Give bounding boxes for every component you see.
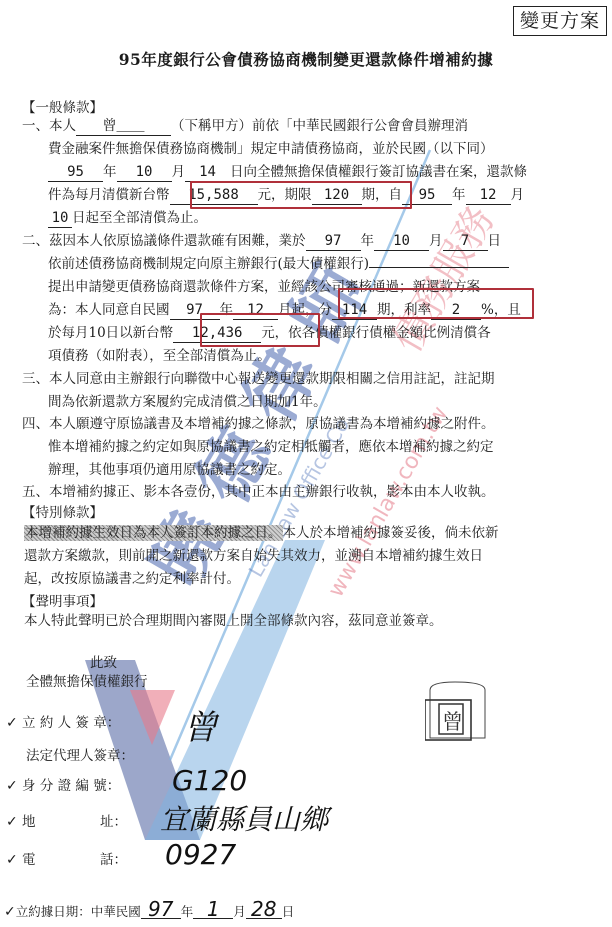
agent-label: 法定代理人簽章： <box>26 748 134 764</box>
phone-label-a: 電 <box>22 852 36 868</box>
special-terms-line-2: 還款方案繳款，則前開之新還款方案自始失其效力，並溯自本增補約據生效日 <box>24 546 483 566</box>
clause-4-line-2: 惟本增補約據之約定如與原協議書之約定相牴觸者，應依本增補約據之約定 <box>48 437 494 457</box>
signer-signature: 曾 <box>183 700 217 749</box>
original-sign-day: 14 <box>185 163 230 182</box>
clause-4-line-1: 四、本人願遵守原協議書及本增補約據之條款，原協議書為本增補約據之附件。 <box>22 414 495 434</box>
address-label-b: 址： <box>100 812 127 832</box>
highlight-box-new-amount <box>200 313 320 347</box>
closing-salutation: 此致 <box>90 653 117 673</box>
address-value: 宜蘭縣員山鄉 <box>160 798 328 838</box>
seal-character: 曾 <box>442 706 463 736</box>
clause-1-line-2: 費金融案件無擔保債務協商機制」規定申請債務協商，並於民國（以下同） <box>48 139 494 159</box>
document-title: 95年度銀行公會債務協商機制變更還款條件增補約據 <box>0 48 612 70</box>
original-sign-year: 95 <box>48 163 103 182</box>
clause-1-line-1: 一、本人曾＿＿（下稱甲方）前依「中華民國銀行公會會員辦理消 <box>22 116 468 136</box>
phone-value: 0927 <box>165 838 236 871</box>
check-mark-icon: ✓ <box>6 778 18 794</box>
original-start-month: 12 <box>466 186 511 205</box>
original-sign-month: 10 <box>117 163 172 182</box>
id-number-value: G120 <box>172 764 247 797</box>
declaration-text: 本人特此聲明已於合理期間內審閱上開全部條款內容，茲同意並簽章。 <box>24 611 443 631</box>
general-terms-heading: 【一般條款】 <box>22 96 103 116</box>
special-terms-heading: 【特別條款】 <box>22 501 103 521</box>
clause-number: 一、 <box>22 118 49 134</box>
original-start-day: 10 <box>48 209 72 228</box>
highlight-box-new-periods-rate <box>338 288 534 319</box>
id-row: ✓ 身 分 證 編 號： <box>6 776 120 796</box>
date-label: 立約據日期：中華民國 <box>16 904 141 919</box>
clause-1-line-5: 10日起至全部清償為止。 <box>48 208 207 228</box>
date-year: 97 <box>141 900 181 919</box>
phone-row: ✓ 電 <box>6 850 36 870</box>
check-mark-icon: ✓ <box>6 852 18 868</box>
apply-day: 7 <box>443 232 488 251</box>
agent-row: 法定代理人簽章： <box>26 746 134 766</box>
lead-bank-field <box>369 267 509 268</box>
clause-3-line-2: 間為依新還款方案履約完成清償之日期加1年。 <box>48 392 327 412</box>
variant-stamp-label: 變更方案 <box>513 6 607 36</box>
check-mark-icon: ✓ <box>6 715 18 731</box>
date-month: 1 <box>193 900 233 919</box>
clause-4-line-3: 辦理，其他事項仍適用原協議書之約定。 <box>48 460 291 480</box>
apply-month: 10 <box>374 232 429 251</box>
clause-5-line-1: 五、本增補約據正、影本各壹份，其中正本由主辦銀行收執，影本由本人收執。 <box>22 482 495 502</box>
declaration-heading: 【聲明事項】 <box>22 590 103 610</box>
personal-seal: 曾 <box>425 680 489 742</box>
clause-2-line-2: 依前述債務協商機制規定向原主辦銀行(最大債權銀行) <box>48 254 509 274</box>
agreement-date-row: ✓立約據日期：中華民國97年1月28日 <box>4 900 294 922</box>
highlight-box-original-terms <box>190 181 412 209</box>
clause-2-line-1: 二、茲因本人依原協議條件還款確有困難，業於97年10月7日 <box>22 231 501 251</box>
party-name-field: 曾＿＿ <box>76 117 171 136</box>
clause-3-line-1: 三、本人同意由主辦銀行向聯徵中心報送變更還款期限相關之信用註記，註記期 <box>22 369 495 389</box>
signer-row: ✓ 立 約 人 簽 章： <box>6 713 120 733</box>
apply-year: 97 <box>306 232 361 251</box>
check-mark-icon: ✓ <box>6 814 18 830</box>
special-terms-line-3: 起，改按原協議書之約定利率計付。 <box>24 569 240 589</box>
closing-recipient: 全體無擔保債權銀行 <box>26 672 148 692</box>
id-label: 身 分 證 編 號： <box>22 778 120 794</box>
shaded-effective-date-clause: 本增補約據生效日為本人簽訂本約據之日。 <box>24 525 283 541</box>
special-terms-line-1: 本增補約據生效日為本人簽訂本約據之日。本人於本增補約據簽妥後，倘未依新 <box>24 523 499 543</box>
phone-label-b: 話： <box>100 850 127 870</box>
date-day: 28 <box>246 900 282 919</box>
address-row: ✓ 地 <box>6 812 36 832</box>
clause-1-line-3: 95年10月14日向全體無擔保債權銀行簽訂協議書在案，還款條 <box>48 162 527 182</box>
signer-label: 立 約 人 簽 章： <box>22 715 120 731</box>
check-mark-icon: ✓ <box>4 904 16 920</box>
address-label-a: 地 <box>22 814 36 830</box>
clause-2-line-6: 項債務（如附表），至全部清償為止。 <box>48 346 271 366</box>
